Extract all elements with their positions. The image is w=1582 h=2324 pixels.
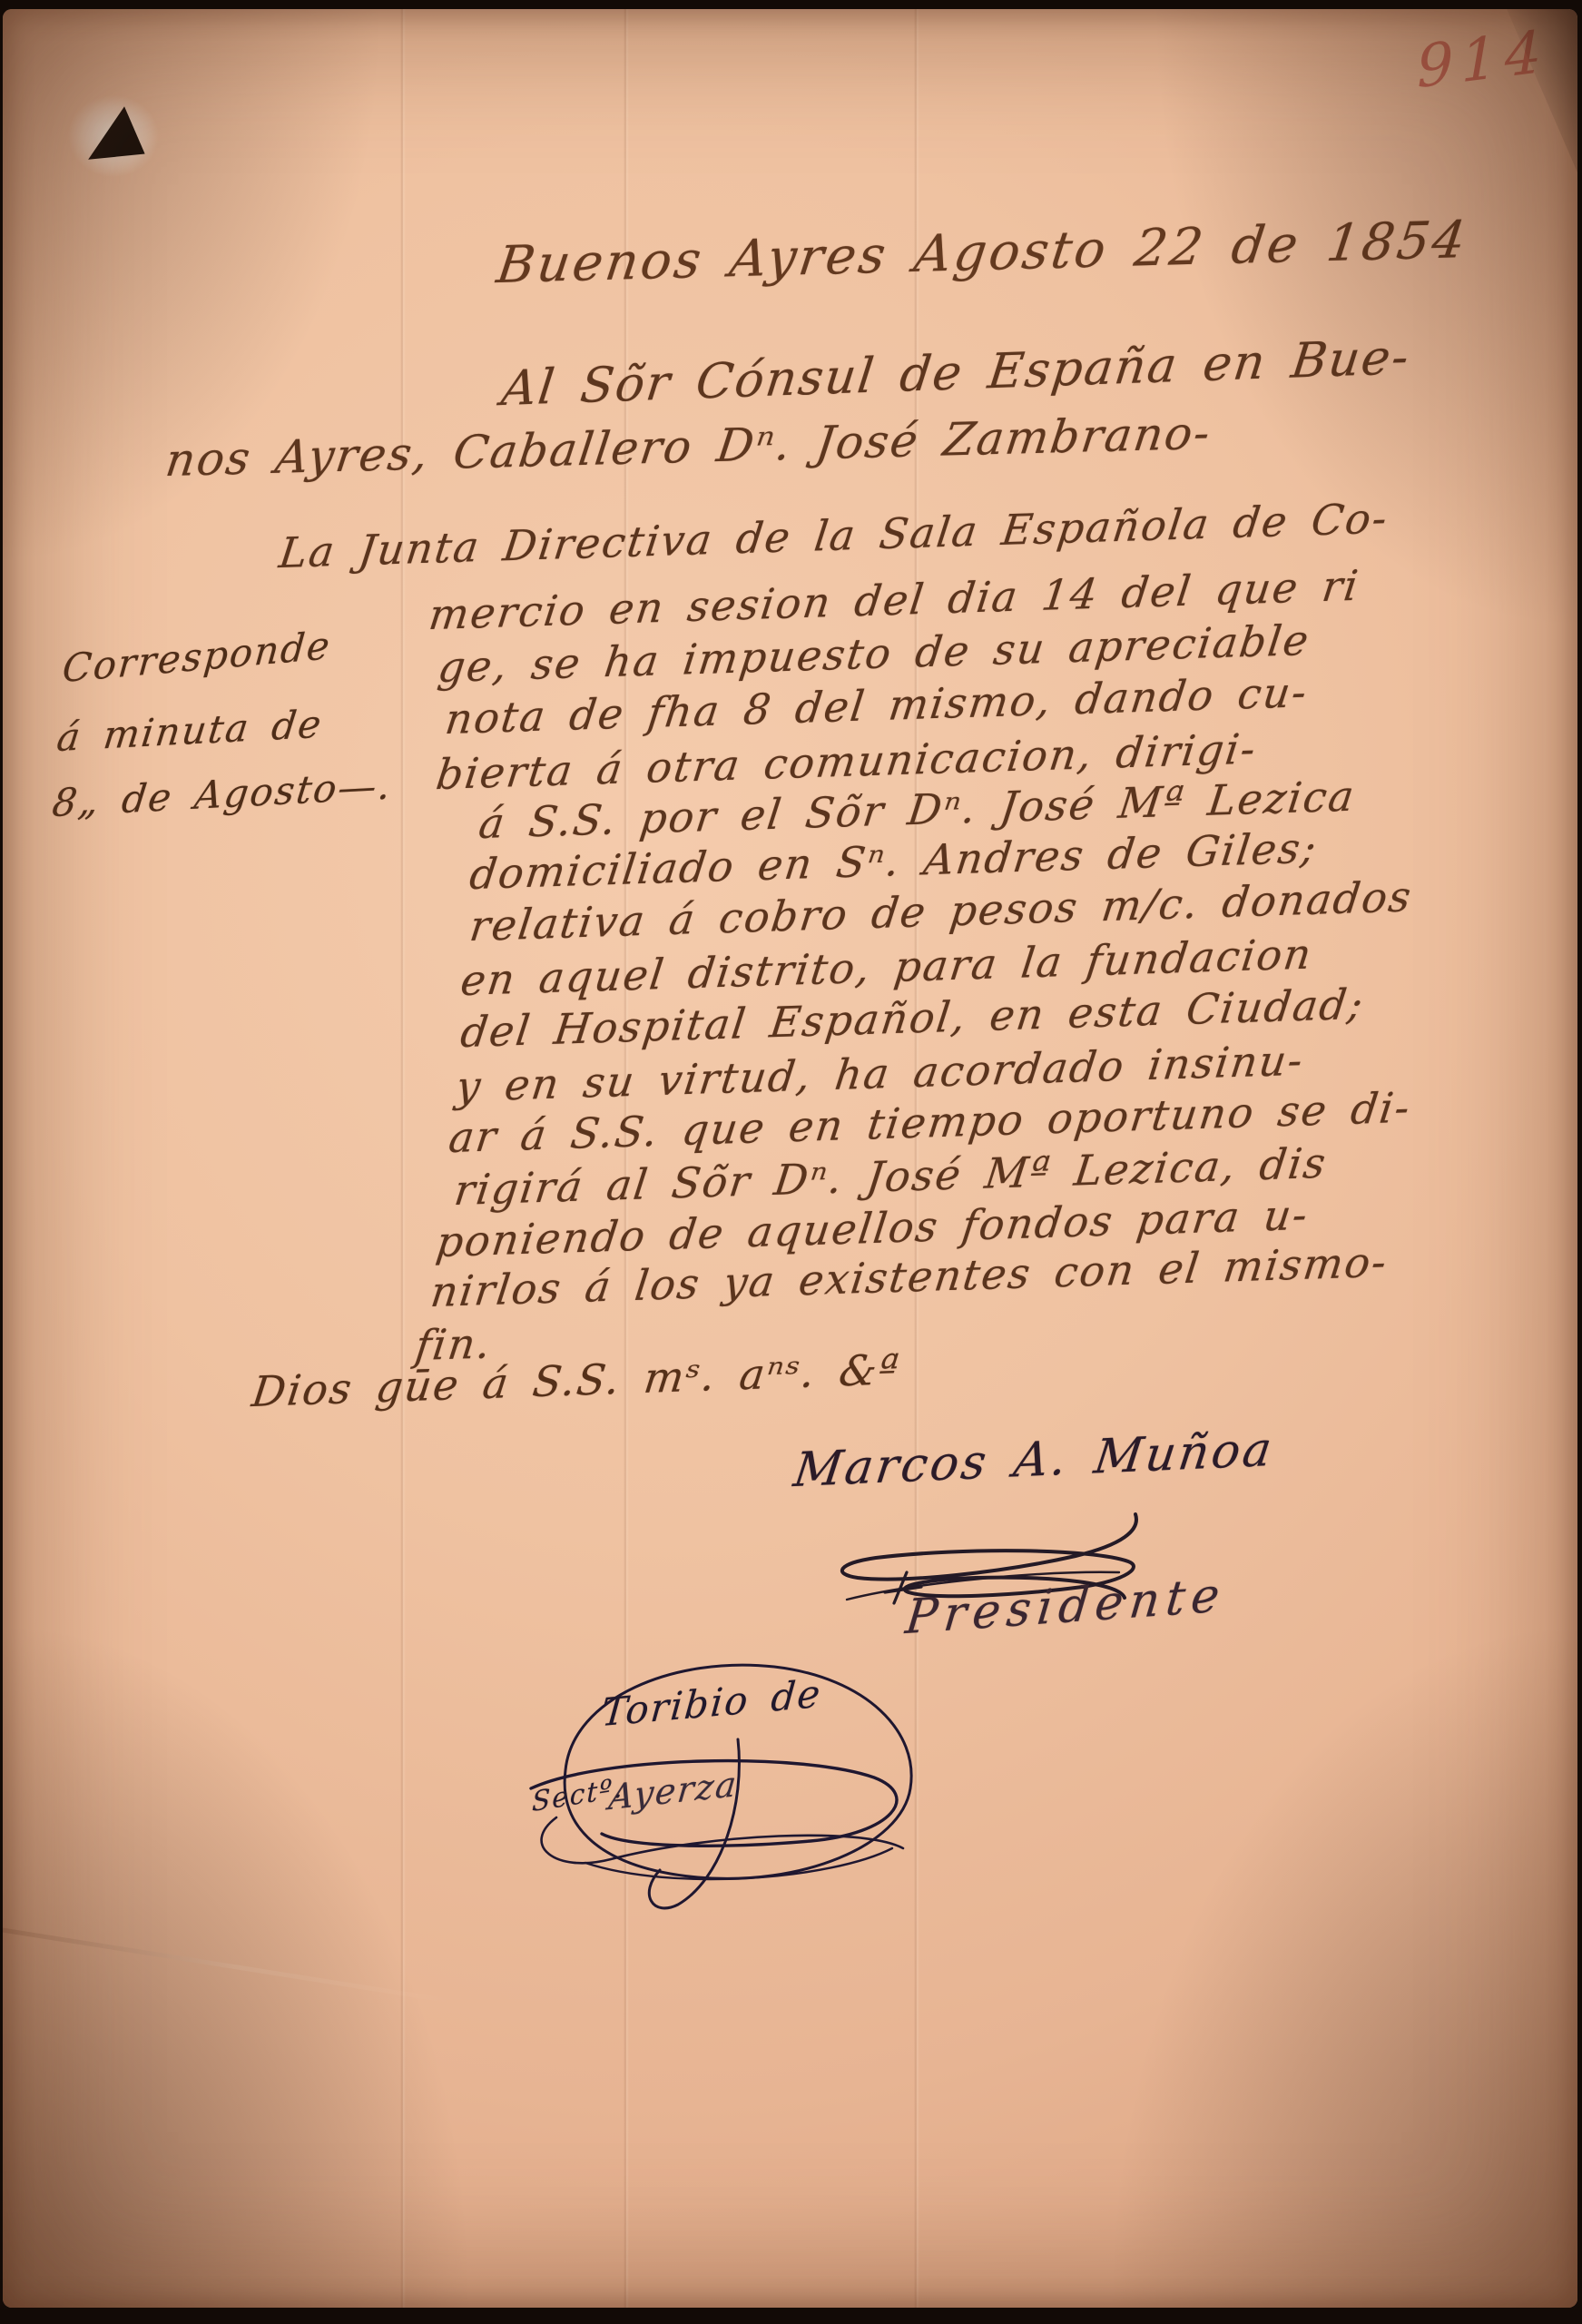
recipient-line-1: Al Sõr Cónsul de España en Bue- [498,330,1413,417]
margin-note-line-1: Corresponde [61,623,333,691]
vertical-fold-crease [624,9,629,2308]
date-line: Buenos Ayres Agosto 22 de 1854 [494,211,1471,295]
diagonal-crease [3,1923,454,2004]
recipient-line-2: nos Ayres, Caballero Dⁿ. José Zambrano- [162,407,1214,487]
manuscript-photo: { "page": { "folio_mark": "914", "colors… [0,0,1582,2324]
paper-sheet: 914 Buenos Ayres Agosto 22 de 1854 Al Sõ… [3,9,1577,2308]
closing-formula: Dios gūe á S.S. mˢ. aⁿˢ. &ª [250,1344,903,1416]
margin-note-line-3: 8„ de Agosto—. [50,763,395,825]
president-signature: Marcos A. Muñoa [791,1423,1277,1498]
margin-note-line-2: á minuta de [54,701,325,760]
vertical-fold-crease [400,9,406,2308]
